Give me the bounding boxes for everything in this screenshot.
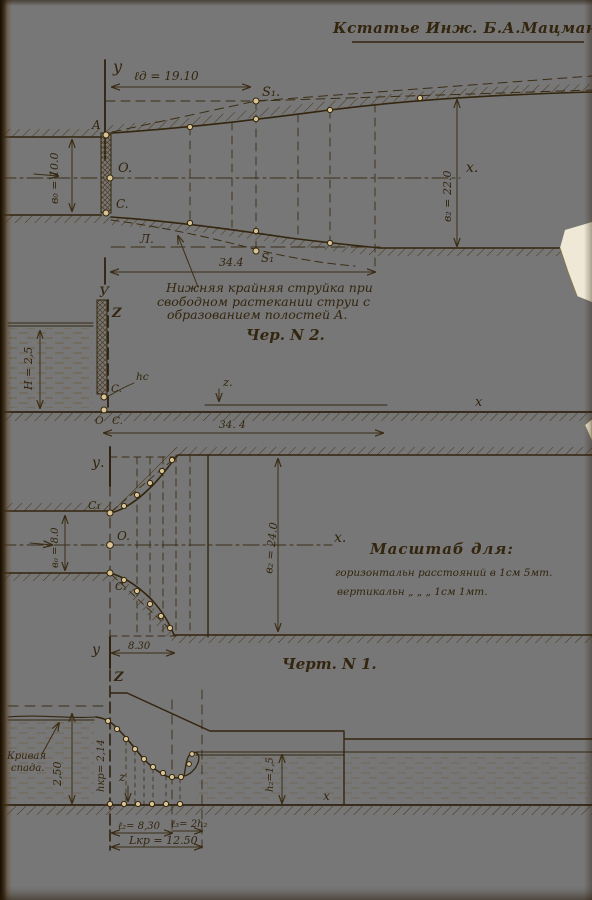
fig1-830-dim-label: 8.30 bbox=[128, 641, 151, 652]
fig2-x-axis-label: x. bbox=[466, 160, 478, 176]
fig2-point-a-label: A bbox=[91, 118, 101, 132]
profile-upstream-surface bbox=[8, 716, 96, 720]
elev-points bbox=[101, 394, 107, 413]
fig1-plan-diagram: у. С₁ O. C. в₀ = 8.0 в₂ = 24.0 x. у 8.30… bbox=[0, 447, 592, 673]
scanned-document-page: Кстатье Инж. Б.А.Мацман. bbox=[0, 0, 592, 900]
fig2-point-s1-lower-label: S₁ bbox=[261, 251, 274, 265]
fig1-x-axis-label: x. bbox=[334, 530, 346, 546]
fig1-y-axis-top-label: у. bbox=[91, 455, 105, 471]
drawing-canvas: Кстатье Инж. Б.А.Мацман. bbox=[0, 0, 592, 900]
elev-ground-hatch bbox=[0, 412, 592, 421]
elev-x-axis-label: x bbox=[475, 395, 483, 410]
fig2-note-line1: Нижняя крайняя струйка при bbox=[165, 280, 373, 295]
profile-right-water-texture bbox=[196, 757, 588, 802]
profile-250-dim-label: 2,50 bbox=[51, 762, 64, 788]
profile-z-small-label: z bbox=[118, 770, 126, 784]
elev-point-o-label: O bbox=[95, 415, 104, 427]
fig2-b0-dim-label: в₀ = 10.0 bbox=[48, 152, 61, 204]
profile-hkr-label: hкр= 2,14 bbox=[96, 739, 107, 792]
profile-diagram: Z Кривая спада. 2,50 hкр= 2,14 z h₂=1,5 … bbox=[0, 670, 592, 850]
header: Кстатье Инж. Б.А.Мацман. bbox=[332, 19, 592, 42]
fig1-b0-dim-label: в₀ = 8.0 bbox=[50, 527, 61, 568]
fig2-y-axis-bottom-label: У bbox=[99, 285, 110, 301]
elev-point-c-lower-label: C. bbox=[112, 415, 123, 427]
profile-lkr-dim-label: Lкр = 12.50 bbox=[128, 834, 198, 847]
fig2-point-c-label: C. bbox=[116, 197, 129, 211]
elev-water-texture bbox=[8, 328, 92, 408]
fig1-scale-line2: вертикальн „ „ „ 1см 1мт. bbox=[337, 586, 488, 598]
elev-head-dim-label: H = 2,5 bbox=[22, 347, 35, 391]
fig2-plan-diagram: y ℓд = 19.10 S₁. A O. в₀ = 10.0 C. Л. S₁… bbox=[0, 57, 592, 344]
fig1-point-c1-label: С₁ bbox=[88, 499, 101, 512]
elev-z-axis-label: Z bbox=[111, 306, 122, 321]
profile-data-points bbox=[105, 718, 194, 806]
fig2-caption: Чер. N 2. bbox=[246, 326, 325, 344]
fig1-point-o-label: O. bbox=[117, 529, 130, 543]
profile-ground-hatch bbox=[0, 805, 592, 815]
fig1-caption: Черт. N 1. bbox=[282, 655, 377, 673]
fig2-lower-bank-hatch bbox=[0, 215, 592, 256]
fig1-lower-boundary bbox=[0, 573, 592, 635]
fig2-note-line3: образованием полостей А. bbox=[167, 307, 347, 322]
profile-z-axis-label: Z bbox=[113, 670, 124, 685]
fig2-point-l-label: Л. bbox=[139, 232, 154, 246]
profile-downstream-level bbox=[196, 752, 592, 755]
elev-z-small-label: z. bbox=[222, 375, 233, 389]
profile-x-axis-label: x bbox=[323, 789, 330, 803]
profile-curve-label2: спада. bbox=[11, 763, 44, 774]
fig1-point-c-label: C. bbox=[115, 580, 127, 593]
fig2-gate bbox=[101, 133, 111, 213]
fig2-length-dim-label: ℓд = 19.10 bbox=[134, 69, 199, 83]
profile-l2-dim-label: ℓ₂= 8,30 bbox=[118, 821, 161, 832]
fig2-344-dim-label: 34.4 bbox=[219, 256, 244, 269]
fig1-lower-right-hatch bbox=[174, 635, 592, 643]
elev-hc-label: hс bbox=[136, 371, 149, 383]
fig2-y-axis-label: y bbox=[112, 57, 123, 76]
header-credit: Кстатье Инж. Б.А.Мацман. bbox=[332, 19, 592, 37]
profile-l3-dim-label: ℓ₃= 2h₂ bbox=[171, 819, 208, 830]
fig1-scale-line1: горизонтальн расстояний в 1см 5мт. bbox=[335, 567, 552, 579]
fig2-point-o-label: O. bbox=[118, 161, 132, 176]
fig1-scale-title: Масштаб для: bbox=[369, 540, 514, 558]
profile-h2-dim-label: h₂=1,5 bbox=[265, 757, 276, 792]
fig2-upper-bank-hatch bbox=[0, 84, 592, 137]
elev-water-surface bbox=[8, 323, 93, 326]
fig2-b2-dim-label: в₂ = 22.0 bbox=[441, 170, 454, 222]
fig1-upper-right-hatch bbox=[172, 447, 592, 455]
fig1-lower-left-hatch bbox=[0, 573, 110, 581]
elev-gate bbox=[97, 300, 107, 394]
fig2-point-s1-upper-label: S₁. bbox=[262, 85, 280, 100]
profile-curve-label1: Кривая bbox=[6, 751, 46, 762]
elev-344-dim-label: 34. 4 bbox=[219, 419, 246, 431]
torn-paper-patch bbox=[560, 222, 592, 441]
fig1-y-axis-bottom-label: у bbox=[91, 642, 101, 658]
elev-point-c-upper-label: C. bbox=[111, 383, 122, 395]
